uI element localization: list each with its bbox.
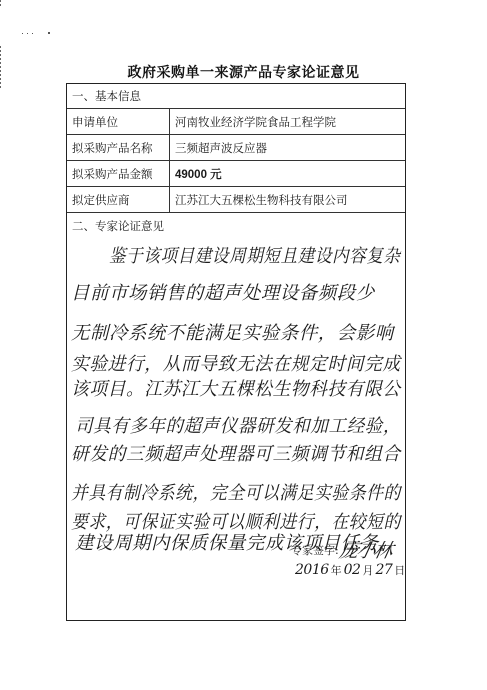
- row-applicant: 申请单位 河南牧业经济学院食品工程学院: [67, 109, 405, 135]
- date-year: 2016: [295, 562, 329, 578]
- applicant-value: 河南牧业经济学院食品工程学院: [175, 109, 405, 134]
- scan-speck: [27, 33, 28, 34]
- handwritten-line: 司具有多年的超声仪器研发和加工经验，: [75, 412, 386, 438]
- applicant-label: 申请单位: [67, 109, 170, 134]
- scan-speck: [32, 33, 33, 34]
- expert-opinion-section: 二、专家论证意见 鉴于该项目建设周期短且建设内容复杂 目前市场销售的超声处理设备…: [67, 213, 405, 620]
- date-month: 02: [344, 562, 361, 578]
- product-name-label: 拟采购产品名称: [67, 135, 170, 160]
- document-title: 政府采购单一来源产品专家论证意见: [0, 62, 487, 82]
- supplier-value: 江苏江大五棵松生物科技有限公司: [175, 187, 405, 212]
- supplier-label: 拟定供应商: [67, 187, 170, 212]
- handwritten-line: 并具有制冷系统，完全可以满足实验条件的: [71, 479, 373, 505]
- expert-opinion-form: 一、基本信息 申请单位 河南牧业经济学院食品工程学院 拟采购产品名称 三频超声波…: [66, 83, 406, 621]
- signature-date: 2016 年 02 月 27 日: [295, 562, 407, 578]
- date-month-unit: 月: [362, 562, 373, 578]
- row-product-name: 拟采购产品名称 三频超声波反应器: [67, 135, 405, 161]
- product-amount-value: 49000 元: [175, 161, 405, 186]
- handwritten-line: 该项目。江苏江大五棵松生物科技有限公: [71, 375, 389, 401]
- expert-signature: 庞小林: [337, 536, 394, 563]
- date-day: 27: [375, 562, 392, 578]
- handwritten-line: 研发的三频超声处理器可三频调节和组合: [71, 440, 389, 466]
- scan-speck: [48, 32, 50, 34]
- section-basic-info-heading: 一、基本信息: [67, 84, 405, 109]
- row-product-amount: 拟采购产品金额 49000 元: [67, 161, 405, 187]
- handwritten-line: 实验进行，从而导致无法在规定时间完成: [71, 350, 389, 376]
- row-supplier: 拟定供应商 江苏江大五棵松生物科技有限公司: [67, 187, 405, 213]
- handwritten-line: 目前市场销售的超声处理设备频段少: [71, 279, 401, 305]
- section-basic-info-label: 一、基本信息: [72, 88, 141, 104]
- scan-margin-mark: [0, 0, 1, 8]
- expert-signature-block: 专家签字: 庞小林: [291, 536, 391, 563]
- section-expert-opinion-heading: 二、专家论证意见: [72, 218, 164, 234]
- handwritten-line: 鉴于该项目建设周期短且建设内容复杂: [109, 242, 373, 268]
- product-name-value: 三频超声波反应器: [175, 135, 405, 160]
- handwritten-line: 无制冷系统不能满足实验条件，会影响: [71, 319, 401, 345]
- product-amount-label: 拟采购产品金额: [67, 161, 170, 186]
- scan-speck: [22, 33, 23, 34]
- date-year-unit: 年: [331, 562, 342, 578]
- signature-label: 专家签字:: [291, 542, 339, 558]
- date-day-unit: 日: [394, 562, 405, 578]
